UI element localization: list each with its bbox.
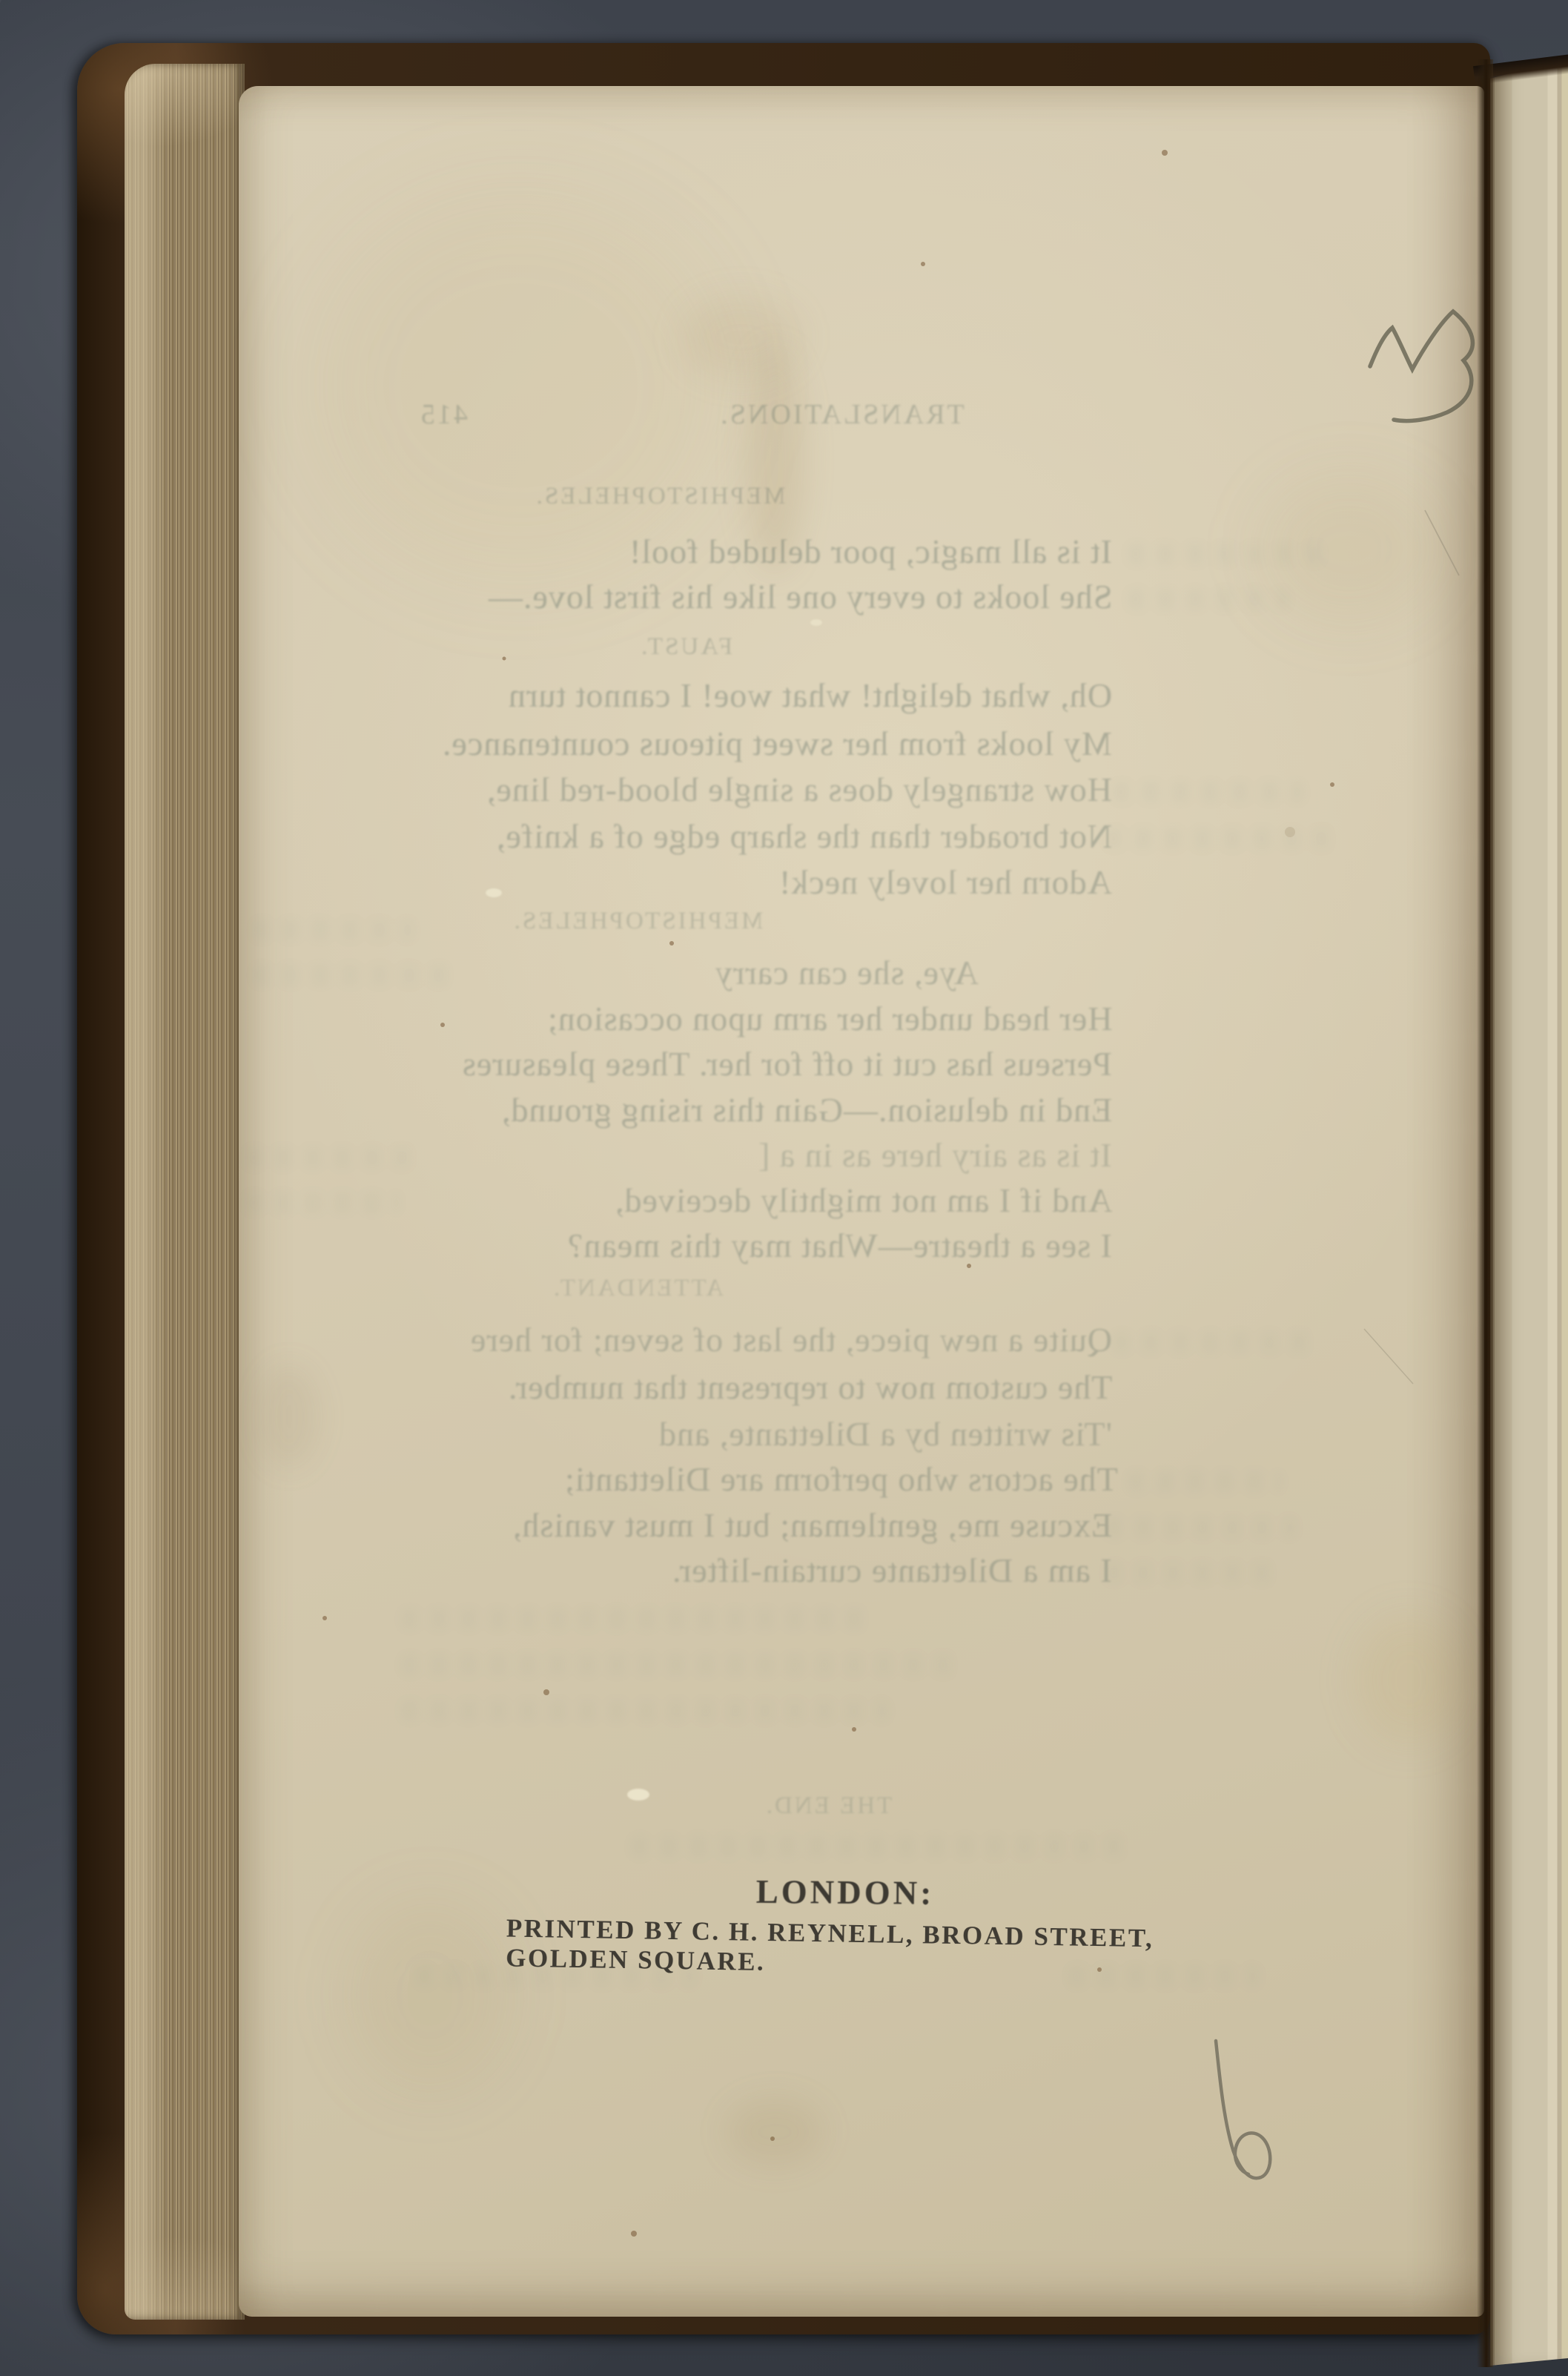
paper-stain	[311, 193, 727, 578]
paper-stain	[348, 1898, 512, 2091]
paper-stain	[745, 349, 804, 571]
paper-stain	[259, 1364, 319, 1468]
paper-stain	[810, 619, 822, 626]
photo-scene: TRANSLATIONS.415MEPHISTOPHELES.It is all…	[0, 0, 1568, 2376]
next-page-sliver	[1490, 53, 1568, 2366]
gutter-shadow	[1477, 59, 1493, 2367]
paper-stain	[1260, 475, 1438, 623]
paper-stain	[486, 888, 502, 897]
page-block-edges	[125, 64, 245, 2320]
paper-stain	[727, 2099, 823, 2165]
paper-stain	[627, 1789, 649, 1801]
paper-stain	[1357, 1617, 1461, 1743]
